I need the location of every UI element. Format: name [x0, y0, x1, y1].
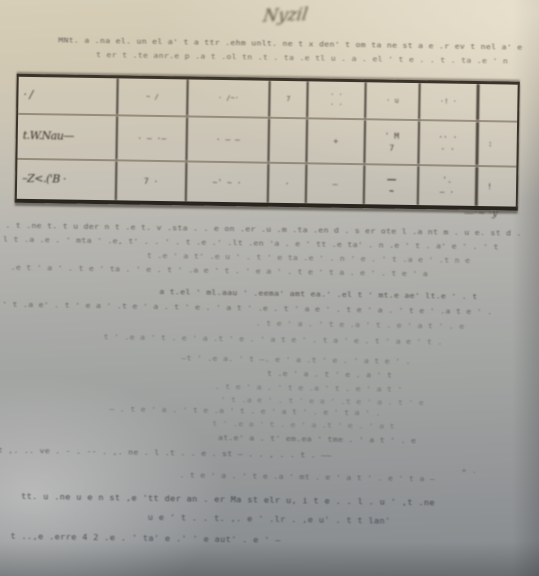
table-cell: –Z<.('B ·	[17, 160, 116, 201]
table-cell: · — –	[185, 117, 268, 161]
text-line: —t ' .e a. ' t —. e ' a .t ' e . ' a t e…	[181, 353, 481, 368]
table-cell: · – ·–	[115, 116, 186, 160]
text-line: at.e' a . t' em.ea ' tme . ' a t ' . e	[218, 432, 520, 447]
text-line: .e t ' a ' . t e ' ta . ' e . t ' .a e '…	[11, 262, 487, 280]
text-line: t er t .te anr.e p .a t .ol tn .t . ta .…	[96, 49, 508, 66]
summary-table: · /~ /· /~·7· · · ·· u·! · t.W.Nau—· – ·…	[15, 74, 520, 211]
header-cell: · u	[364, 82, 419, 119]
photo-background: Nyzil · /~ /· /~·7· · · ·· u·! · t.W.Nau…	[0, 0, 539, 576]
signature-mark: —·~ ·y	[406, 207, 498, 222]
header-cell: · /~·	[186, 79, 269, 116]
table-cell: 7 ·	[115, 161, 186, 201]
text-line: t ' .e a ' t . e ' a .t ' e . ' a t e ' …	[104, 332, 508, 348]
table-cell: :	[475, 122, 502, 165]
text-line: tt. u .ne u e n st ,e 'tt der an . er Ma…	[21, 492, 507, 510]
text-line: . t e ' a . ' t e .a ' t . e ' a t ' . e	[256, 318, 510, 332]
text-line: t ,. .. ve . - . -- . ,. ne . l .t . . e…	[0, 445, 528, 463]
header-cell	[476, 84, 503, 120]
header-cell: 7	[268, 81, 307, 118]
table-cell: ·· · · ·	[417, 121, 476, 165]
table-cell: –	[305, 164, 364, 204]
handwritten-title: Nyzil	[221, 4, 349, 39]
table-cell: —— ~	[363, 165, 418, 205]
text-line: t ' .e a ' t . e ' a .t ' e . ' a t	[212, 418, 492, 433]
table-cell: ~' ~ ·	[185, 162, 268, 202]
table-cell: ·	[267, 164, 306, 204]
table-row: –Z<.('B ·7 ·~' ~ ··–—— ~'. – ·!	[17, 158, 517, 207]
text-line: . t e ' a . ' t e .a ' mt . e ' a t ' . …	[179, 470, 505, 485]
text-line: t ..,e .erre 4 2 .e . ' ta' e .' ' e aut…	[10, 532, 494, 550]
header-cell: ·! ·	[418, 83, 477, 120]
text-line: t .e ' a t' .e u ' . t ' e ta .e ' . n '…	[147, 250, 509, 266]
header-cell: · · · ·	[306, 81, 365, 118]
document-sheet: Nyzil · /~ /· /~·7· · · ·· u·! · t.W.Nau…	[0, 0, 539, 576]
text-line: t .e ' a . t ' e . a ' t	[267, 368, 441, 381]
header-cell: ~ /	[116, 78, 187, 115]
header-cell: · /	[18, 77, 117, 115]
table-row: t.W.Nau—· – ·–· — –+' M 7·· · · ·:	[17, 113, 517, 166]
text-line: ' t .a e' . t ' e a ' .t e ' a . t ' e .…	[2, 299, 529, 317]
table-cell	[267, 119, 306, 163]
table-cell: +	[305, 119, 364, 163]
table-cell: '. – ·	[417, 166, 476, 206]
table-cell: t.W.Nau—	[17, 115, 116, 160]
text-line: . t e ' a . ' t e .a ' t . e ' a t '	[215, 381, 513, 396]
text-line: u e ' t . . t. ,. e ' .lr . ,e u' . t t …	[148, 513, 488, 528]
table-cell: !	[475, 167, 502, 206]
table-cell: ' M 7	[363, 120, 418, 164]
text-line: a t.el ' ml.aau ' .eema' amt ea.' .el t …	[159, 287, 527, 303]
